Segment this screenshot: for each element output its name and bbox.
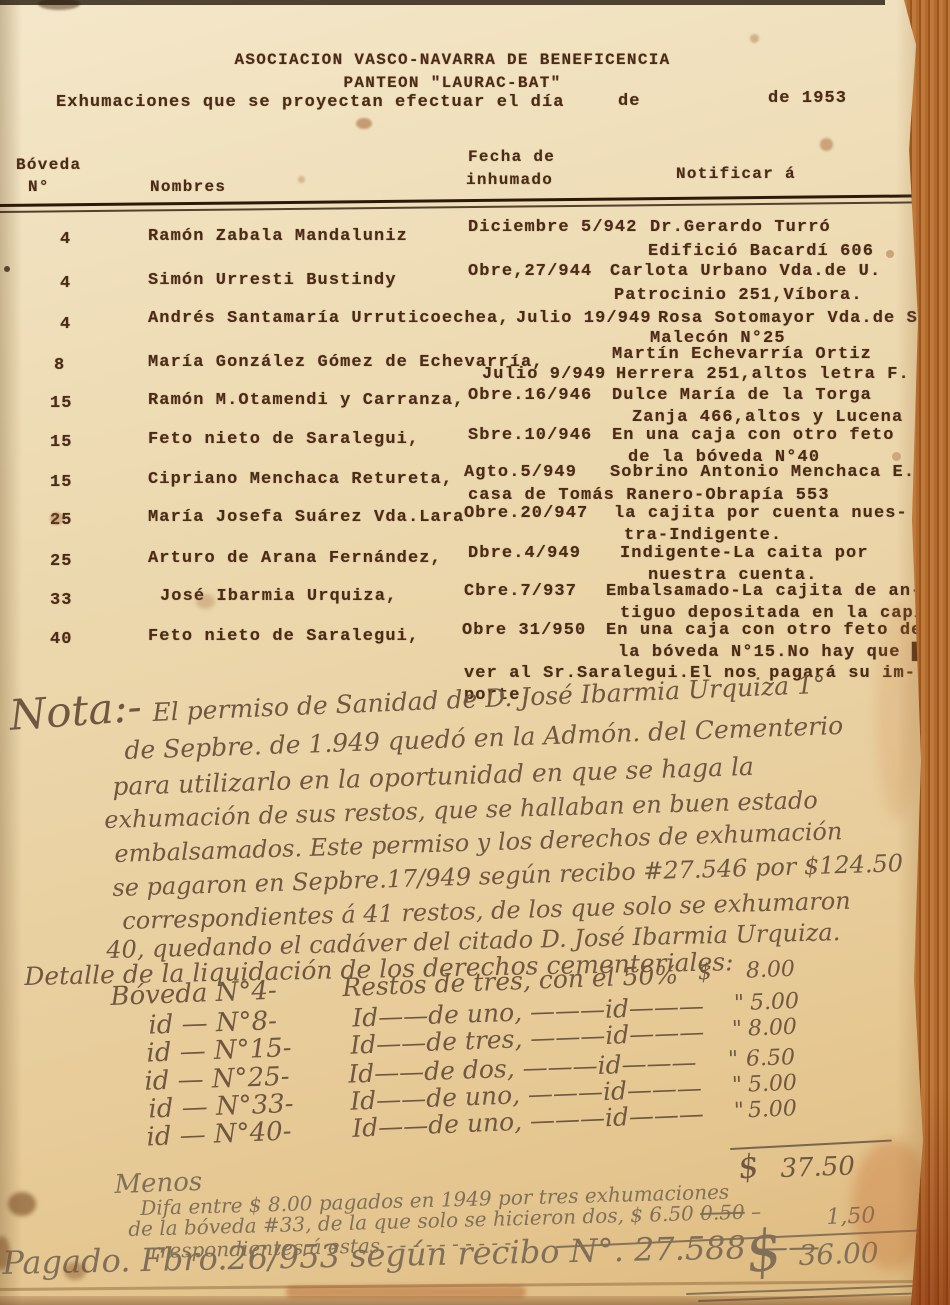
cell-notificar-line: En una caja con otro feto de [606, 622, 922, 641]
cell-fecha: Dbre.4/949 [468, 545, 581, 564]
cell-notificar-line: la bóveda N°15.No hay que ██ [618, 644, 934, 663]
ledger-currency: " [732, 1018, 743, 1041]
ledger-value: 5.00 [747, 1097, 797, 1122]
photo-top-edge [0, 0, 885, 5]
cell-fecha: Obre,27/944 [468, 263, 592, 282]
cell-nombre: Feto nieto de Saralegui, [148, 431, 419, 450]
cell-nombre: Cipriano Menchaca Retureta, [148, 471, 453, 490]
menos-line-2-struck: 0.50 [700, 1200, 745, 1225]
cell-boveda: 15 [50, 434, 73, 453]
ledger-value: 8.00 [746, 958, 796, 983]
cell-boveda: 25 [50, 553, 73, 572]
ledger-total-value: 37.50 [780, 1153, 855, 1183]
cell-notificar-line: Rosa Sotomayor Vda.de S. [658, 310, 929, 329]
cell-boveda: 15 [50, 474, 73, 493]
cell-notificar-line: Martín Echevarría Ortiz [612, 346, 872, 365]
menos-amount: 1,50 [826, 1204, 876, 1229]
ledger-currency: " [734, 992, 745, 1015]
ledger-currency: $ [698, 961, 713, 985]
cell-notificar-line: Patrocinio 251,Víbora. [614, 287, 863, 306]
cell-fecha: Julio 19/949 [516, 310, 652, 329]
cell-nombre: José Ibarmia Urquiza, [160, 588, 397, 607]
cell-notificar-line: casa de Tomás Ranero-Obrapía 553 [468, 487, 830, 506]
ledger-currency: " [733, 1099, 744, 1122]
stain [356, 118, 372, 129]
cell-fecha: Sbre.10/946 [468, 427, 592, 446]
cell-notificar-line: En una caja con otro feto [612, 427, 895, 446]
cell-boveda: 15 [50, 395, 73, 414]
cell-fecha: Cbre.7/937 [464, 583, 577, 602]
pagado-line: Pagado. Fbro.26/953 según recibo N°. 27.… [2, 1230, 820, 1281]
stain [820, 138, 833, 151]
cell-nombre: Feto nieto de Saralegui, [148, 628, 419, 647]
nota-label: Nota:- [8, 685, 143, 738]
stain [8, 1192, 36, 1216]
cell-nombre: Ramón Zabala Mandaluniz [148, 228, 408, 247]
ledger-currency: " [732, 1074, 743, 1097]
cell-notificar-line: la cajita por cuenta nues- [614, 505, 908, 524]
cell-nombre: Arturo de Arana Fernández, [148, 550, 442, 569]
org-title: ASOCIACION VASCO-NAVARRA DE BENEFICENCIA [0, 52, 905, 70]
cell-notificar-line: tra-Indigente. [624, 527, 782, 546]
cell-notificar-line: Herrera 251,altos letra F. [616, 366, 910, 385]
ledger-total-currency: $ [736, 1149, 761, 1185]
cell-boveda: 4 [60, 275, 71, 294]
scanned-ledger-page: ASOCIACION VASCO-NAVARRA DE BENEFICENCIA… [0, 0, 950, 1305]
ledger-value: 8.00 [748, 1016, 798, 1041]
ledger-value: 5.00 [750, 990, 800, 1015]
col-header-nombres: Nombres [150, 179, 226, 197]
cell-notificar-line: Edifició Bacardí 606 [648, 243, 874, 262]
cell-nombre: Simón Urresti Bustindy [148, 272, 397, 291]
cell-fecha: Obre.20/947 [464, 505, 588, 524]
ledger-value: 6.50 [746, 1046, 796, 1071]
col-header-boveda: Bóveda [16, 157, 81, 175]
cell-boveda: 4 [60, 231, 71, 250]
stain [4, 266, 10, 272]
cell-nombre: Ramón M.Otamendi y Carranza, [148, 392, 464, 411]
header-rule-top [0, 194, 940, 207]
cell-notificar-line: Zanja 466,altos y Lucena [632, 409, 903, 428]
ledger-currency: " [728, 1048, 739, 1071]
stain [298, 176, 305, 183]
cell-nombre: María Josefa Suárez Vda.Lara [148, 509, 464, 528]
cell-notificar-line: Sobrino Antonio Menchaca E. [610, 464, 915, 483]
cell-boveda: 8 [54, 357, 65, 376]
cell-fecha: Obre.16/946 [468, 387, 592, 406]
cell-nombre: Andrés Santamaría Urruticoechea, [148, 310, 510, 329]
paid-underline-2 [698, 1293, 912, 1302]
subtitle-text: Exhumaciones que se proyectan efectuar e… [56, 94, 565, 113]
cell-notificar-line: Dr.Gerardo Turró [650, 219, 831, 238]
cell-boveda: 33 [50, 592, 73, 611]
cell-notificar-line: Carlota Urbano Vda.de U. [610, 263, 881, 282]
cell-fecha: Agto.5/949 [464, 464, 577, 483]
paid-amount: 36.00 [798, 1238, 879, 1270]
cell-notificar-line: Embalsamado-La cajita de an- [606, 583, 922, 602]
cell-boveda: 25 [50, 512, 73, 531]
col-header-boveda-num: N° [28, 179, 50, 197]
ledger-boveda-label: id — N°40- [146, 1118, 292, 1151]
cell-boveda: 4 [60, 316, 71, 335]
cell-fecha: Julio 9/949 [482, 366, 606, 385]
stain [886, 250, 894, 258]
cell-notificar-line: Dulce María de la Torga [612, 387, 872, 406]
col-header-fecha-1: Fecha de [468, 149, 555, 167]
cell-boveda: 40 [50, 631, 73, 650]
cell-notificar-line: Indigente-La caita por [620, 545, 869, 564]
cell-fecha: Obre 31/950 [462, 622, 586, 641]
paper-sheet: ASOCIACION VASCO-NAVARRA DE BENEFICENCIA… [0, 0, 934, 1305]
ledger-value: 5.00 [748, 1072, 798, 1097]
cell-fecha: Diciembre 5/942 [468, 219, 638, 238]
subtitle-day-de: de [618, 93, 641, 112]
col-header-notificar: Notificar á [676, 166, 796, 184]
col-header-fecha-2: inhumado [466, 172, 553, 190]
stain [892, 452, 901, 461]
subtitle-year: de 1953 [768, 90, 847, 109]
stain [750, 34, 759, 43]
